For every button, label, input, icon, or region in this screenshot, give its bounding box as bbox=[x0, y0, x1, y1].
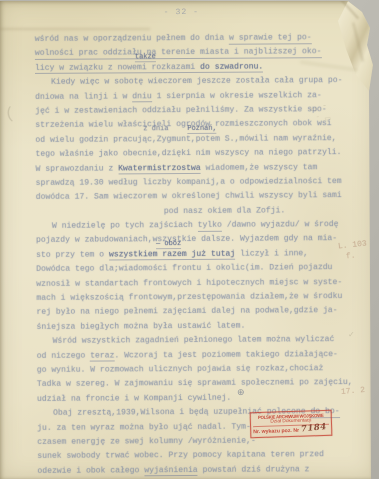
typed-text: wiadomem,że wszyscy tam bbox=[201, 163, 318, 173]
underlined-text: tylko bbox=[198, 221, 222, 232]
typed-text: od niczego bbox=[37, 351, 90, 360]
typed-text: sunek swobody trwać wobec. Przy pomocy k… bbox=[37, 450, 324, 461]
underlined-text: wyjaśnienia bbox=[144, 466, 198, 477]
underlined-text: Kwatermistrzostwa bbox=[118, 163, 201, 174]
typed-text: jęć i w zestawieniach oddziału pełniliśm… bbox=[35, 105, 326, 116]
typed-text: go wyniku. W rozmowach ulicznych pojawia… bbox=[37, 364, 324, 375]
archive-stamp: POLSKIE ARCHIWUM WOJSKOWE Dział Dokument… bbox=[250, 410, 333, 439]
typed-text: wznosił w standartach frontowych i hipot… bbox=[36, 278, 342, 289]
typed-text: Wśród wszystkich zagadnień pełnionego la… bbox=[53, 335, 335, 346]
typed-text: wśród nas w oporządzeniu pełnem do dnia bbox=[35, 34, 229, 44]
inserted-word: z dnia bbox=[143, 126, 168, 133]
typed-text: powstań dziś drużyna z bbox=[198, 465, 310, 475]
typed-text: 1 sierpnia w okresie wszelkich za- bbox=[152, 91, 322, 101]
typed-text: /dawno wyjazdu/ w środę bbox=[222, 220, 339, 230]
inserted-word: — obóz bbox=[156, 241, 181, 249]
pencil-scribble-1: ▭ ˉ bbox=[310, 103, 328, 114]
ink-circled-mark: ⊕ bbox=[237, 388, 245, 398]
typed-text: sprawdzą 19.30 według liczby kompanij,a … bbox=[36, 177, 342, 188]
underlined-text: do szwadronu. bbox=[200, 62, 263, 73]
stamp-handwritten-number: 7184 bbox=[301, 424, 327, 434]
typed-text: śniejsza biegłych można była ustawić lat… bbox=[37, 321, 246, 331]
typed-text: dniowa na linji i w bbox=[35, 92, 132, 102]
typed-text: strzeżenia wielu właścicieli ogrodów roz… bbox=[35, 119, 331, 130]
typed-text: ju. za ten wyraz można było ująć nadal. … bbox=[37, 422, 251, 432]
stamp-register-label: Nr. wykazu poz. Nr bbox=[253, 428, 299, 435]
typed-text: W sprawozdaniu z bbox=[36, 164, 119, 174]
typed-text: czasem energję ze swej kolumny /wyróżnie… bbox=[37, 437, 256, 447]
typed-text: W niedzielę po tych zajściach bbox=[52, 221, 198, 231]
typed-text: udział na froncie i w Kompanji cywilnej. bbox=[37, 393, 231, 403]
typed-text: pod nasz okiem dla Zofji. bbox=[164, 206, 285, 216]
underlined-text: w sprawie tej po- bbox=[229, 33, 312, 44]
pencil-scribble-2: ˉ ▭ bbox=[316, 114, 332, 125]
typed-text: tego właśnie jako obecnie,dzięki nim wsz… bbox=[35, 148, 341, 159]
typed-text: Kiedy więc w sobotę wieczorem jeszcze zo… bbox=[51, 76, 342, 87]
underlined-text: wszystkiem razem już tutaj bbox=[109, 250, 235, 261]
typed-text: sto przy tem o bbox=[36, 250, 109, 259]
pencil-check: ✓ bbox=[348, 330, 355, 340]
underlined-text: teraz bbox=[90, 351, 114, 362]
typed-text: Tadka w szereg. W zajmowaniu się sprawam… bbox=[37, 378, 353, 389]
typed-text: od wielu godzin pracując,Zygmunt,potem S… bbox=[35, 134, 336, 145]
inserted-word: także bbox=[135, 54, 156, 62]
stamp-register-line: Nr. wykazu poz. Nr 7184 bbox=[253, 426, 329, 435]
typed-text: . Wczoraj ta jest poziomem takiego dział… bbox=[114, 350, 337, 360]
typed-text: Dowódca tego dla;wiadomości frontu i oko… bbox=[36, 263, 332, 274]
underlined-text: wolności prac oddziału na terenie miasta… bbox=[35, 48, 322, 60]
scanned-document: - 32 - wśród nas w oporządzeniu pełnem d… bbox=[0, 0, 379, 479]
typed-text: liczył i inne, bbox=[235, 249, 308, 258]
page-content: - 32 - wśród nas w oporządzeniu pełnem d… bbox=[0, 0, 375, 479]
page-number: - 32 - bbox=[164, 8, 200, 17]
typed-text: mach i większością frontowym,przestępowa… bbox=[36, 292, 342, 303]
underlined-text: dniu bbox=[132, 92, 152, 103]
typed-text: dowódca 17. Sam wieczorem w określonej c… bbox=[36, 191, 342, 202]
text-line: odezwie i obok całego wyjaśnienia powsta… bbox=[37, 463, 339, 479]
typed-text: odezwie i obok całego bbox=[37, 466, 144, 476]
sepia-note-f: f. bbox=[346, 252, 356, 262]
typed-text: rej było na niego pełnemi zajęciami dale… bbox=[36, 307, 337, 318]
typed-text: pojazdy w zabudowaniach,wszystkie dalsze… bbox=[36, 235, 337, 246]
inserted-word: Poznań, bbox=[187, 126, 216, 134]
document-page: - 32 - wśród nas w oporządzeniu pełnem d… bbox=[0, 1, 374, 479]
underlined-text: licy w związku z nowemi rozkazami bbox=[35, 63, 200, 75]
